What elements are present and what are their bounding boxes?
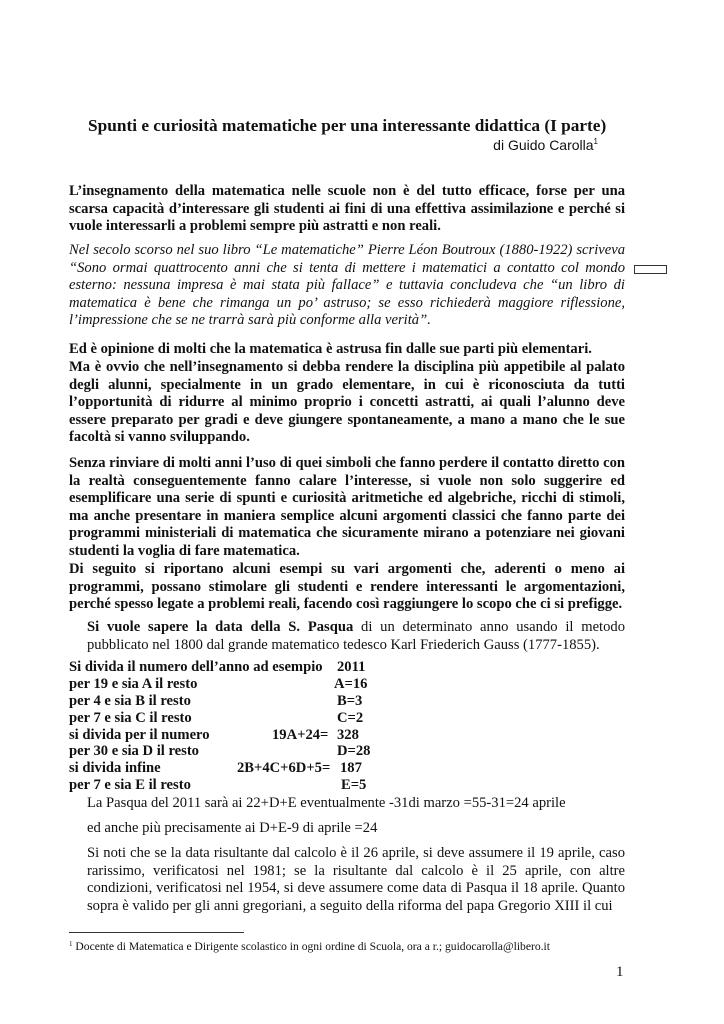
footnote-ref[interactable]: 1: [594, 137, 598, 146]
author-line: di Guido Carolla1: [493, 137, 598, 153]
paragraph-quote: Nel secolo scorso nel suo libro “Le mate…: [69, 242, 625, 330]
paragraph-symbols: Senza rinviare di molti anni l’uso di qu…: [69, 455, 625, 561]
page-number: 1: [616, 964, 624, 981]
author-name: di Guido Carolla: [493, 137, 593, 153]
easter-intro: Si vuole sapere la data della S. Pasqua …: [87, 619, 625, 654]
paragraph-opinion: Ed è opinione di molti che la matematica…: [69, 341, 625, 359]
paragraph-obvious: Ma è ovvio che nell’insegnamento si debb…: [69, 359, 625, 447]
easter-intro-bold: Si vuole sapere la data della S. Pasqua: [87, 619, 353, 635]
margin-comment-marker[interactable]: [634, 265, 667, 274]
document-title: Spunti e curiosità matematiche per una i…: [88, 116, 606, 136]
paragraph-intro: L’insegnamento della matematica nelle sc…: [69, 183, 625, 236]
footnote-text: Docente di Matematica e Dirigente scolas…: [73, 940, 551, 953]
easter-result-1: La Pasqua del 2011 sarà ai 22+D+E eventu…: [87, 795, 625, 813]
paragraph-examples: Di seguito si riportano alcuni esempi su…: [69, 561, 625, 614]
footnote-divider: [69, 932, 244, 933]
easter-note: Si noti che se la data risultante dal ca…: [87, 845, 625, 915]
easter-result-2: ed anche più precisamente ai D+E-9 di ap…: [87, 820, 625, 838]
footnote: 1 Docente di Matematica e Dirigente scol…: [69, 940, 550, 953]
